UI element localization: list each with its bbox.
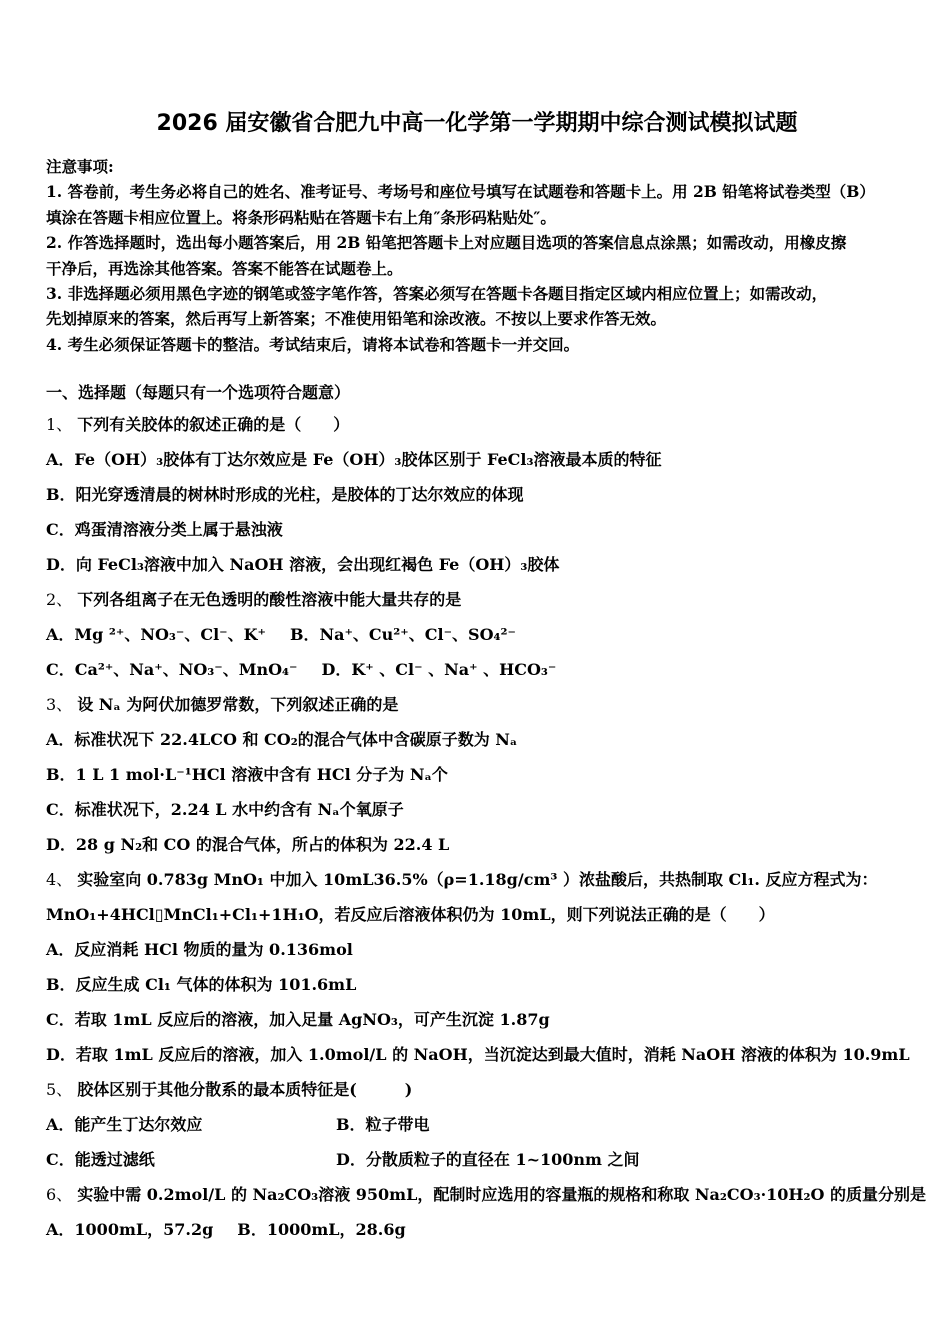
question-6: 6、实验中需 0.2mol/L 的 Na₂CO₃溶液 950mL，配制时应选用的… (46, 1177, 908, 1247)
notice-item-3-line-2: 先划掉原来的答案，然后再写上新答案；不准使用铅笔和涂改液。不按以上要求作答无效。 (46, 306, 908, 331)
question-1-option-b: B．阳光穿透清晨的树林时形成的光柱，是胶体的丁达尔效应的体现 (46, 477, 908, 512)
question-2-options-row-1: A．Mg ²⁺、NO₃⁻、Cl⁻、K⁺B．Na⁺、Cu²⁺、Cl⁻、SO₄²⁻ (46, 617, 908, 652)
question-4-option-d: D．若取 1mL 反应后的溶液，加入 1.0mol/L 的 NaOH，当沉淀达到… (46, 1037, 908, 1072)
question-4-equation: MnO₁+4HCl▯MnCl₁+Cl₁+1H₁O，若反应后溶液体积仍为 10mL… (46, 897, 908, 932)
question-6-stem: 6、实验中需 0.2mol/L 的 Na₂CO₃溶液 950mL，配制时应选用的… (46, 1177, 908, 1212)
notice-item-4-line-1: 4. 考生必须保证答题卡的整洁。考试结束后，请将本试卷和答题卡一并交回。 (46, 332, 908, 357)
notice-item-2-line-2: 干净后，再选涂其他答案。答案不能答在试题卷上。 (46, 256, 908, 281)
question-6-number: 6、 (46, 1185, 72, 1204)
question-4-option-b: B．反应生成 Cl₁ 气体的体积为 101.6mL (46, 967, 908, 1002)
question-6-option-a: A．1000mL，57.2g (46, 1220, 213, 1239)
question-2-stem-text: 下列各组离子在无色透明的酸性溶液中能大量共存的是 (77, 590, 461, 609)
notice-heading: 注意事项: (46, 154, 908, 179)
question-4: 4、实验室向 0.783g MnO₁ 中加入 10mL36.5%（ρ=1.18g… (46, 862, 908, 1072)
question-4-stem: 4、实验室向 0.783g MnO₁ 中加入 10mL36.5%（ρ=1.18g… (46, 862, 908, 897)
question-6-options-row-1: A．1000mL，57.2gB．1000mL，28.6g (46, 1212, 908, 1247)
question-1-option-c: C．鸡蛋清溶液分类上属于悬浊液 (46, 512, 908, 547)
exam-document: 2026 届安徽省合肥九中高一化学第一学期期中综合测试模拟试题 注意事项: 1.… (0, 0, 950, 1344)
question-5-options-row-2: C．能透过滤纸D．分散质粒子的直径在 1~100nm 之间 (46, 1142, 908, 1177)
question-2-option-d: D．K⁺ 、Cl⁻ 、Na⁺ 、HCO₃⁻ (321, 660, 556, 679)
question-2-stem: 2、下列各组离子在无色透明的酸性溶液中能大量共存的是 (46, 582, 908, 617)
question-2-options-row-2: C．Ca²⁺、Na⁺、NO₃⁻、MnO₄⁻D．K⁺ 、Cl⁻ 、Na⁺ 、HCO… (46, 652, 908, 687)
question-1: 1、下列有关胶体的叙述正确的是（ ） A．Fe（OH）₃胶体有丁达尔效应是 Fe… (46, 407, 908, 582)
question-1-stem: 1、下列有关胶体的叙述正确的是（ ） (46, 407, 908, 442)
question-2-option-c: C．Ca²⁺、Na⁺、NO₃⁻、MnO₄⁻ (46, 660, 297, 679)
question-5-option-b: B．粒子带电 (336, 1115, 430, 1134)
question-2-option-b: B．Na⁺、Cu²⁺、Cl⁻、SO₄²⁻ (290, 625, 516, 644)
notice-item-1-line-2: 填涂在答题卡相应位置上。将条形码粘贴在答题卡右上角″条形码粘贴处″。 (46, 205, 908, 230)
page-title: 2026 届安徽省合肥九中高一化学第一学期期中综合测试模拟试题 (46, 108, 908, 139)
question-1-number: 1、 (46, 415, 72, 434)
notice-section: 注意事项: 1. 答卷前，考生务必将自己的姓名、准考证号、考场号和座位号填写在试… (46, 154, 908, 357)
question-3-option-a: A．标准状况下 22.4LCO 和 CO₂的混合气体中含碳原子数为 Nₐ (46, 722, 908, 757)
question-3-number: 3、 (46, 695, 72, 714)
question-3-option-c: C．标准状况下，2.24 L 水中约含有 Nₐ个氧原子 (46, 792, 908, 827)
section-heading: 一、选择题（每题只有一个选项符合题意） (46, 379, 908, 407)
question-2-number: 2、 (46, 590, 72, 609)
question-3-stem: 3、设 Nₐ 为阿伏加德罗常数，下列叙述正确的是 (46, 687, 908, 722)
question-5-option-c: C．能透过滤纸 (46, 1142, 336, 1177)
question-3-option-d: D．28 g N₂和 CO 的混合气体，所占的体积为 22.4 L (46, 827, 908, 862)
question-1-option-a: A．Fe（OH）₃胶体有丁达尔效应是 Fe（OH）₃胶体区别于 FeCl₃溶液最… (46, 442, 908, 477)
question-4-stem-text: 实验室向 0.783g MnO₁ 中加入 10mL36.5%（ρ=1.18g/c… (77, 870, 877, 889)
question-4-option-a: A．反应消耗 HCl 物质的量为 0.136mol (46, 932, 908, 967)
question-5: 5、胶体区别于其他分散系的最本质特征是( ) A．能产生丁达尔效应B．粒子带电 … (46, 1072, 908, 1177)
question-4-number: 4、 (46, 870, 72, 889)
question-4-option-c: C．若取 1mL 反应后的溶液，加入足量 AgNO₃，可产生沉淀 1.87g (46, 1002, 908, 1037)
notice-item-2-line-1: 2. 作答选择题时，选出每小题答案后，用 2B 铅笔把答题卡上对应题目选项的答案… (46, 230, 908, 255)
question-3: 3、设 Nₐ 为阿伏加德罗常数，下列叙述正确的是 A．标准状况下 22.4LCO… (46, 687, 908, 862)
question-3-stem-text: 设 Nₐ 为阿伏加德罗常数，下列叙述正确的是 (77, 695, 398, 714)
question-5-stem-text: 胶体区别于其他分散系的最本质特征是( ) (77, 1080, 412, 1099)
question-2: 2、下列各组离子在无色透明的酸性溶液中能大量共存的是 A．Mg ²⁺、NO₃⁻、… (46, 582, 908, 687)
question-6-stem-text: 实验中需 0.2mol/L 的 Na₂CO₃溶液 950mL，配制时应选用的容量… (77, 1185, 926, 1204)
question-2-option-a: A．Mg ²⁺、NO₃⁻、Cl⁻、K⁺ (46, 625, 266, 644)
question-6-option-b: B．1000mL，28.6g (237, 1220, 405, 1239)
question-5-option-d: D．分散质粒子的直径在 1~100nm 之间 (336, 1150, 640, 1169)
question-5-stem: 5、胶体区别于其他分散系的最本质特征是( ) (46, 1072, 908, 1107)
question-1-stem-text: 下列有关胶体的叙述正确的是（ ） (77, 415, 349, 434)
question-5-options-row-1: A．能产生丁达尔效应B．粒子带电 (46, 1107, 908, 1142)
notice-item-3-line-1: 3. 非选择题必须用黑色字迹的钢笔或签字笔作答，答案必须写在答题卡各题目指定区域… (46, 281, 908, 306)
question-1-option-d: D．向 FeCl₃溶液中加入 NaOH 溶液，会出现红褐色 Fe（OH）₃胶体 (46, 547, 908, 582)
question-5-number: 5、 (46, 1080, 72, 1099)
question-5-option-a: A．能产生丁达尔效应 (46, 1107, 336, 1142)
notice-item-1-line-1: 1. 答卷前，考生务必将自己的姓名、准考证号、考场号和座位号填写在试题卷和答题卡… (46, 179, 908, 204)
question-3-option-b: B．1 L 1 mol·L⁻¹HCl 溶液中含有 HCl 分子为 Nₐ个 (46, 757, 908, 792)
